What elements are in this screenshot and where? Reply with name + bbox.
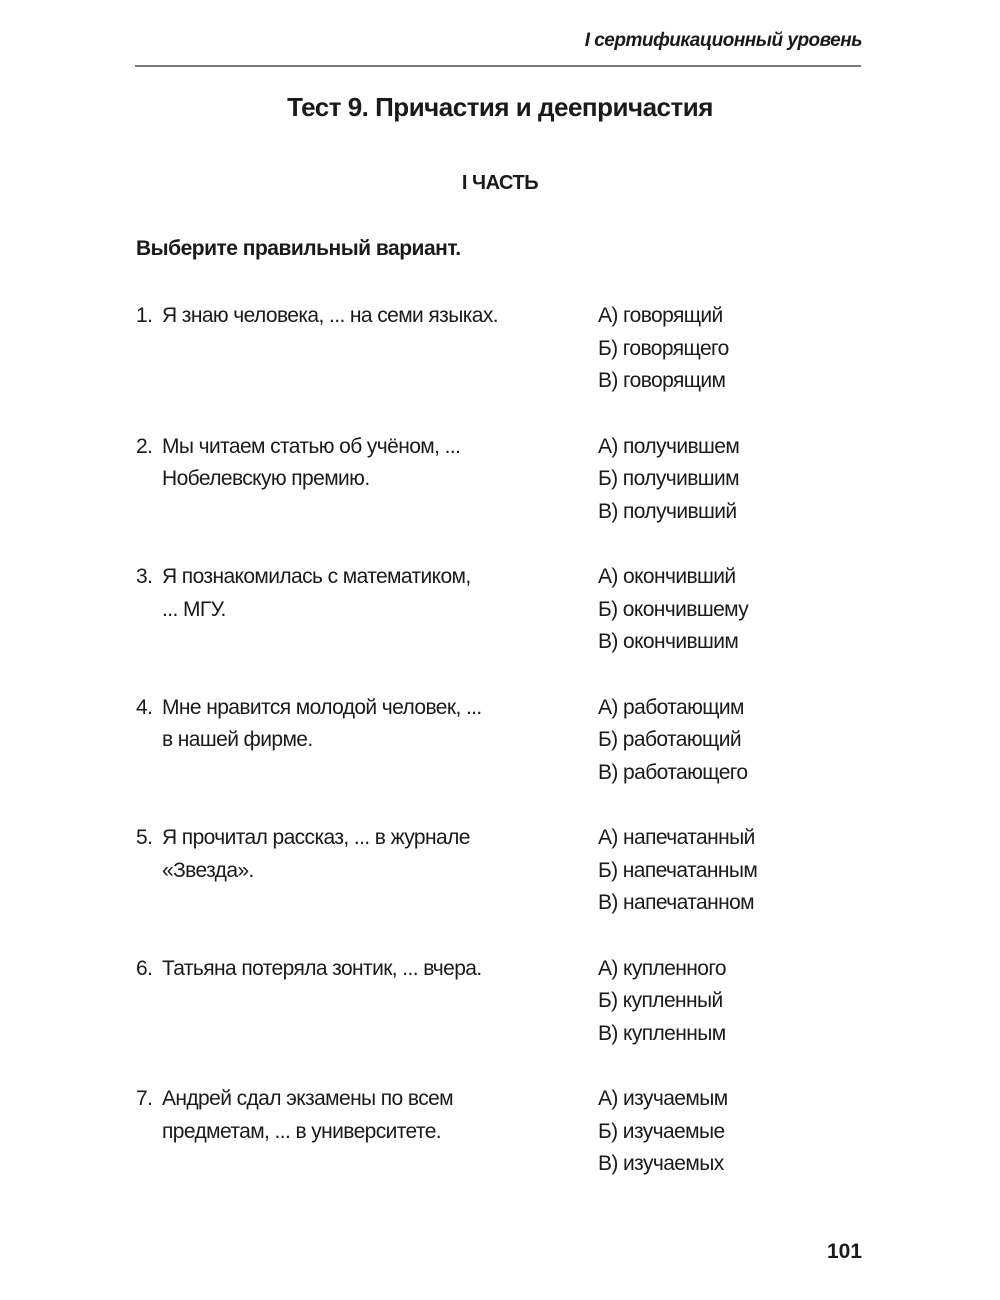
answer-option[interactable]: А) работающим (598, 692, 747, 725)
answer-option[interactable]: В) напечатанном (598, 887, 757, 920)
answer-option[interactable]: Б) купленный (598, 985, 726, 1018)
question-item: 6.Татьяна потеряла зонтик, ... вчера.А) … (136, 953, 866, 1084)
question-number: 7. (136, 1083, 162, 1116)
answer-options: А) изучаемымБ) изучаемыеВ) изучаемых (598, 1083, 728, 1181)
answer-option[interactable]: В) купленным (598, 1018, 726, 1051)
question-line-1: Татьяна потеряла зонтик, ... вчера. (162, 957, 482, 980)
question-item: 3.Я познакомилась с математиком,... МГУ.… (136, 561, 866, 692)
question-item: 4.Мне нравится молодой человек, ...в наш… (136, 692, 866, 823)
question-text: 6.Татьяна потеряла зонтик, ... вчера. (136, 953, 576, 986)
question-line-1: Я прочитал рассказ, ... в журнале (162, 826, 470, 849)
header-rule (135, 65, 861, 67)
question-text: 5.Я прочитал рассказ, ... в журнале«Звез… (136, 822, 576, 887)
part-heading: I ЧАСТЬ (0, 172, 1000, 195)
answer-option[interactable]: А) окончивший (598, 561, 748, 594)
page-title: Тест 9. Причастия и деепричастия (0, 92, 1000, 123)
question-text: 2.Мы читаем статью об учёном, ...Нобелев… (136, 431, 576, 496)
question-line-1: Я познакомилась с математиком, (162, 565, 471, 588)
answer-option[interactable]: В) окончившим (598, 626, 748, 659)
answer-option[interactable]: В) изучаемых (598, 1148, 728, 1181)
question-item: 7.Андрей сдал экзамены по всемпредметам,… (136, 1083, 866, 1214)
answer-option[interactable]: Б) говорящего (598, 333, 729, 366)
question-number: 2. (136, 431, 162, 464)
question-text: 7.Андрей сдал экзамены по всемпредметам,… (136, 1083, 576, 1148)
answer-options: А) купленногоБ) купленныйВ) купленным (598, 953, 726, 1051)
answer-options: А) получившемБ) получившимВ) получивший (598, 431, 739, 529)
answer-option[interactable]: В) работающего (598, 757, 747, 790)
answer-option[interactable]: А) изучаемым (598, 1083, 728, 1116)
answer-options: А) напечатанныйБ) напечатаннымВ) напечат… (598, 822, 757, 920)
answer-option[interactable]: Б) напечатанным (598, 855, 757, 888)
answer-options: А) говорящийБ) говорящегоВ) говорящим (598, 300, 729, 398)
instruction: Выберите правильный вариант. (136, 237, 461, 261)
answer-option[interactable]: Б) изучаемые (598, 1116, 728, 1149)
answer-options: А) окончившийБ) окончившемуВ) окончившим (598, 561, 748, 659)
answer-option[interactable]: В) получивший (598, 496, 739, 529)
running-head: I сертификационный уровень (585, 30, 862, 52)
answer-option[interactable]: А) напечатанный (598, 822, 757, 855)
answer-option[interactable]: А) говорящий (598, 300, 729, 333)
answer-options: А) работающимБ) работающийВ) работающего (598, 692, 747, 790)
question-number: 5. (136, 822, 162, 855)
answer-option[interactable]: А) купленного (598, 953, 726, 986)
question-number: 1. (136, 300, 162, 333)
answer-option[interactable]: Б) получившим (598, 463, 739, 496)
question-number: 3. (136, 561, 162, 594)
page-number: 101 (827, 1240, 862, 1264)
answer-option[interactable]: Б) работающий (598, 724, 747, 757)
question-list: 1.Я знаю человека, ... на семи языках.А)… (136, 300, 866, 1214)
question-line-1: Андрей сдал экзамены по всем (162, 1087, 453, 1110)
answer-option[interactable]: В) говорящим (598, 365, 729, 398)
question-line-1: Я знаю человека, ... на семи языках. (162, 304, 498, 327)
question-item: 1.Я знаю человека, ... на семи языках.А)… (136, 300, 866, 431)
question-line-2: «Звезда». (136, 855, 576, 888)
question-item: 5.Я прочитал рассказ, ... в журнале«Звез… (136, 822, 866, 953)
question-line-2: ... МГУ. (136, 594, 576, 627)
answer-option[interactable]: А) получившем (598, 431, 739, 464)
question-line-1: Мы читаем статью об учёном, ... (162, 435, 460, 458)
question-number: 4. (136, 692, 162, 725)
question-text: 1.Я знаю человека, ... на семи языках. (136, 300, 576, 333)
answer-option[interactable]: Б) окончившему (598, 594, 748, 627)
question-line-1: Мне нравится молодой человек, ... (162, 696, 482, 719)
question-number: 6. (136, 953, 162, 986)
question-text: 3.Я познакомилась с математиком,... МГУ. (136, 561, 576, 626)
question-line-2: предметам, ... в университете. (136, 1116, 576, 1149)
question-line-2: в нашей фирме. (136, 724, 576, 757)
question-text: 4.Мне нравится молодой человек, ...в наш… (136, 692, 576, 757)
question-item: 2.Мы читаем статью об учёном, ...Нобелев… (136, 431, 866, 562)
question-line-2: Нобелевскую премию. (136, 463, 576, 496)
